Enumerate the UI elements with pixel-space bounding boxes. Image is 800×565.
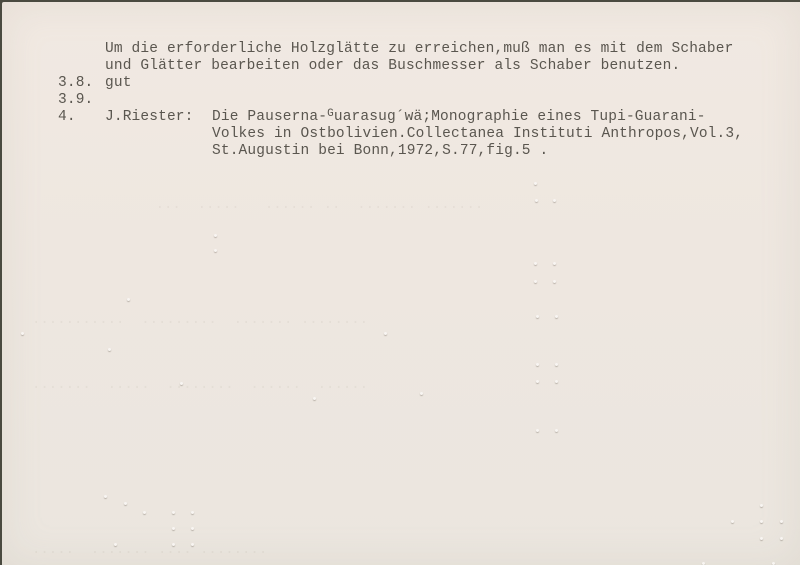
braille-dot bbox=[180, 382, 183, 385]
braille-dot bbox=[780, 520, 783, 523]
entry-3-8-text: gut bbox=[105, 75, 132, 92]
entry-number-4: 4. bbox=[58, 109, 76, 126]
braille-dot bbox=[108, 348, 111, 351]
braille-dot bbox=[555, 380, 558, 383]
braille-dot bbox=[536, 429, 539, 432]
braille-dot bbox=[760, 520, 763, 523]
braille-dot bbox=[555, 363, 558, 366]
index-card: ... ..... ...... .. ....... ....... ....… bbox=[2, 2, 800, 565]
braille-dot bbox=[191, 543, 194, 546]
braille-dot bbox=[553, 280, 556, 283]
reference-line-1b: uarasug´wä;Monographie eines Tupi-Guaran… bbox=[334, 109, 706, 125]
braille-dot bbox=[535, 199, 538, 202]
braille-dot bbox=[536, 363, 539, 366]
braille-dot bbox=[172, 511, 175, 514]
braille-dot bbox=[124, 502, 127, 505]
braille-dot bbox=[536, 380, 539, 383]
braille-dot bbox=[534, 262, 537, 265]
braille-dot bbox=[104, 495, 107, 498]
braille-dot bbox=[172, 527, 175, 530]
text-line-1: Um die erforderliche Holzglätte zu errei… bbox=[105, 41, 733, 58]
braille-dot bbox=[555, 315, 558, 318]
braille-dot bbox=[534, 280, 537, 283]
braille-dot bbox=[214, 234, 217, 237]
braille-dot bbox=[143, 511, 146, 514]
braille-dot bbox=[780, 537, 783, 540]
braille-dot bbox=[553, 199, 556, 202]
reference-author: J.Riester: bbox=[105, 109, 194, 126]
braille-dot bbox=[114, 543, 117, 546]
braille-dot bbox=[553, 262, 556, 265]
reference-line-2: Volkes in Ostbolivien.Collectanea Instit… bbox=[212, 126, 743, 143]
bleed-through-text: ....... ..... ........ ...... ...... bbox=[32, 377, 368, 393]
braille-dot bbox=[534, 182, 537, 185]
braille-dot bbox=[731, 520, 734, 523]
braille-dot bbox=[191, 527, 194, 530]
braille-dot bbox=[555, 429, 558, 432]
bleed-through-text: ........... ......... ....... ........ bbox=[32, 312, 368, 328]
entry-number-3-8: 3.8. bbox=[58, 75, 93, 92]
reference-line-1: Die Pauserna-Guarasug´wä;Monographie ein… bbox=[212, 109, 706, 127]
braille-dot bbox=[384, 332, 387, 335]
reference-line-3: St.Augustin bei Bonn,1972,S.77,fig.5 . bbox=[212, 143, 548, 160]
raised-letter-g: G bbox=[327, 108, 334, 120]
braille-dot bbox=[172, 543, 175, 546]
braille-dot bbox=[127, 298, 130, 301]
reference-line-1a: Die Pauserna- bbox=[212, 109, 327, 125]
braille-dot bbox=[214, 249, 217, 252]
braille-dot bbox=[760, 504, 763, 507]
braille-dot bbox=[420, 392, 423, 395]
braille-dot bbox=[760, 537, 763, 540]
bleed-through-text: ..... ....... .... ........ bbox=[32, 542, 267, 558]
braille-dot bbox=[21, 332, 24, 335]
bleed-through-text: ... ..... ...... .. ....... ....... bbox=[122, 197, 483, 213]
braille-dot bbox=[313, 397, 316, 400]
entry-number-3-9: 3.9. bbox=[58, 92, 93, 109]
braille-dot bbox=[191, 511, 194, 514]
text-line-2: und Glätter bearbeiten oder das Buschmes… bbox=[105, 58, 680, 75]
braille-dot bbox=[536, 315, 539, 318]
